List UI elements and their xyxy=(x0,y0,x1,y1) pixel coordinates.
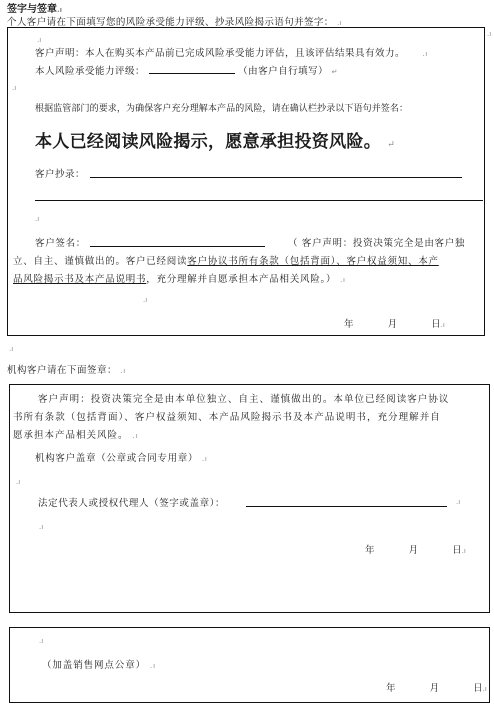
customer-signature-label: 客户签名： xyxy=(35,238,86,249)
customer-copy-field-line2[interactable] xyxy=(35,200,483,201)
date-month-label: 月 xyxy=(409,545,419,556)
regulatory-note-text: 根据监管部门的要求，为确保客户充分理解本产品的风险，请在确认栏抄录以下语句并签名… xyxy=(35,104,408,114)
individual-date-row: 年 月 日.ı xyxy=(344,316,445,330)
paragraph-mark: .ı xyxy=(39,637,43,645)
risk-statement: 本人已经阅读风险揭示，愿意承担投资风险。 ↵ xyxy=(35,127,395,152)
paragraph-mark: .ı xyxy=(37,36,41,44)
legal-rep-row: 法定代表人或授权代理人（签字或盖章）： xyxy=(38,495,225,509)
risk-statement-text: 本人已经阅读风险揭示，愿意承担投资风险。 xyxy=(35,132,381,152)
risk-rating-row: 本人风险承受能力评级： （由客户自行填写） ↵ xyxy=(35,63,338,77)
institution-date-row: 年 月 日.ı xyxy=(365,542,466,556)
signature-declaration-line2: 立、自主、谨慎做出的。客户已经阅读客户协议书所有条款（包括背面）、客户权益须知、… xyxy=(13,253,439,267)
date-year-label: 年 xyxy=(386,683,396,694)
regulatory-note: 根据监管部门的要求，为确保客户充分理解本产品的风险，请在确认栏抄录以下语句并签名… xyxy=(35,101,408,114)
date-year-label: 年 xyxy=(344,319,354,330)
customer-copy-row: 客户抄录： xyxy=(35,166,85,180)
institution-declaration-text: 客户声明：投资决策完全是由本单位独立、自主、谨慎做出的。本单位已经阅读客户协议 xyxy=(38,394,449,405)
institution-instruction-text: 机构客户请在下面签章： xyxy=(7,365,117,376)
paragraph-mark: .ı xyxy=(483,685,487,693)
institution-declaration-line3: 愿承担本产品相关风险。 .ı xyxy=(13,427,139,441)
signature-declaration-underlined: 品风险揭示书及本产品说明书 xyxy=(13,274,146,285)
date-month-label: 月 xyxy=(430,683,440,694)
institution-instruction: 机构客户请在下面签章： .ı xyxy=(7,362,126,376)
customer-copy-field-line1[interactable] xyxy=(90,177,462,178)
risk-rating-note: （由客户自行填写） xyxy=(238,66,328,77)
paragraph-mark: .ı xyxy=(456,498,460,506)
paragraph-mark: .ı xyxy=(35,215,39,223)
institution-declaration-line1: 客户声明：投资决策完全是由本单位独立、自主、谨慎做出的。本单位已经阅读客户协议 xyxy=(38,391,449,405)
date-month-label: 月 xyxy=(388,319,398,330)
institution-seal-label: 机构客户盖章（公章或合同专用章） xyxy=(35,453,198,464)
signature-declaration-line1: （ 客户声明：投资决策完全是由客户独 xyxy=(288,235,465,249)
customer-copy-label: 客户抄录： xyxy=(35,169,85,180)
branch-seal-label: （加盖销售网点公章） xyxy=(42,660,146,671)
institution-declaration-text: 书所有条款（包括背面）、客户权益须知、本产品风险揭示书及本产品说明书，充分理解并… xyxy=(13,412,441,423)
institution-declaration-text: 愿承担本产品相关风险。 xyxy=(13,430,129,441)
paragraph-mark: .ı xyxy=(462,547,466,555)
paragraph-mark: .ı xyxy=(57,6,62,14)
customer-declaration-text: 客户声明：本人在购买本产品前已完成风险承受能力评估，且该评估结果具有效力。 xyxy=(35,48,405,59)
paragraph-mark: .ı xyxy=(16,478,20,486)
paragraph-mark: .ı xyxy=(12,84,16,92)
branch-date-row: 年 月 日.ı xyxy=(386,680,487,694)
paragraph-mark: .ı xyxy=(423,50,428,58)
customer-signature-field[interactable] xyxy=(90,246,265,247)
paragraph-mark: .ı xyxy=(337,19,342,27)
date-day-label: 日 xyxy=(473,683,483,694)
paragraph-mark: .ı xyxy=(441,321,445,329)
signature-declaration-text: （ 客户声明：投资决策完全是由客户独 xyxy=(288,238,465,249)
paragraph-mark: .ı xyxy=(9,345,13,353)
signature-declaration-text: ，充分理解并自愿承担本产品相关风险。） xyxy=(146,274,336,285)
paragraph-mark: .ı xyxy=(39,523,43,531)
paragraph-mark: .ı xyxy=(340,276,346,284)
paragraph-mark: .ı xyxy=(121,367,126,375)
paragraph-mark: .ı xyxy=(150,662,156,670)
legal-rep-field[interactable] xyxy=(246,506,447,507)
customer-declaration: 客户声明：本人在购买本产品前已完成风险承受能力评估，且该评估结果具有效力。 .ı xyxy=(35,45,428,59)
date-day-label: 日 xyxy=(431,319,441,330)
customer-signature-row: 客户签名： xyxy=(35,235,86,249)
institution-seal-row: 机构客户盖章（公章或合同专用章） .ı xyxy=(35,450,208,464)
return-mark: ↵ xyxy=(387,140,395,150)
signature-declaration-underlined: 客户协议书所有条款（包括背面）、客户权益须知、本产 xyxy=(187,256,439,267)
branch-seal-row: （加盖销售网点公章） .ı xyxy=(42,657,156,671)
section-title: 签字与签章.ı xyxy=(7,0,62,15)
paragraph-mark: .ı xyxy=(133,432,139,440)
risk-rating-label: 本人风险承受能力评级： xyxy=(35,66,145,77)
signature-declaration-line3: 品风险揭示书及本产品说明书，充分理解并自愿承担本产品相关风险。） .ı xyxy=(13,271,346,285)
signature-declaration-text: 立、自主、谨慎做出的。客户已经阅读 xyxy=(13,256,187,267)
date-year-label: 年 xyxy=(365,545,375,556)
return-mark: ↵ xyxy=(332,68,338,76)
institution-declaration-line2: 书所有条款（包括背面）、客户权益须知、本产品风险揭示书及本产品说明书，充分理解并… xyxy=(13,409,441,423)
legal-rep-label: 法定代表人或授权代理人（签字或盖章）： xyxy=(38,498,225,509)
risk-rating-field[interactable] xyxy=(149,63,235,74)
paragraph-mark: .ı xyxy=(143,296,147,304)
paragraph-mark: .ı xyxy=(487,30,491,38)
paragraph-mark: .ı xyxy=(202,455,208,463)
date-day-label: 日 xyxy=(452,545,462,556)
individual-instruction: 个人客户请在下面填写您的风险承受能力评级、抄录风险揭示语句并签字： .ı xyxy=(7,14,342,28)
